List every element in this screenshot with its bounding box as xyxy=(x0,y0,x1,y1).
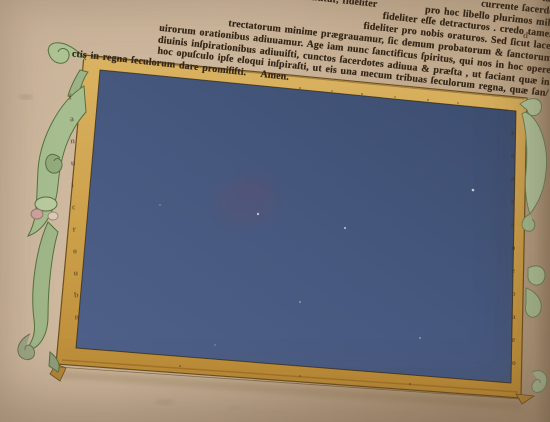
show-through-letter: n xyxy=(74,312,79,321)
manuscript-photo: late nolunt, an fideliter currente ſacer… xyxy=(0,0,550,422)
show-through-letter: u xyxy=(73,268,78,277)
show-through-letter: u xyxy=(71,158,76,167)
show-through-letter: o xyxy=(511,174,515,183)
show-through-letter: a xyxy=(69,114,74,123)
blue-panel xyxy=(76,70,516,383)
marginal-mark: d xyxy=(522,30,528,40)
show-through-letter: n xyxy=(70,136,75,145)
show-through-letter: o xyxy=(73,246,78,255)
show-through-letter: e xyxy=(512,335,516,344)
show-through-letter: e xyxy=(511,151,515,160)
show-through-letter: r xyxy=(72,224,76,233)
show-through-letter: o xyxy=(512,358,516,367)
show-through-letter: s xyxy=(511,220,514,229)
show-through-letter: ſ xyxy=(69,92,72,101)
show-through-letter: e xyxy=(511,266,515,275)
show-through-letter: z xyxy=(511,128,515,137)
show-through-letter: e xyxy=(511,197,515,206)
show-through-letter: o xyxy=(511,243,515,252)
show-through-letter: a xyxy=(512,312,516,321)
show-through-letter: o xyxy=(511,289,515,298)
show-through-letter: i xyxy=(71,180,74,189)
show-through-letter: b xyxy=(74,290,79,299)
show-through-letter: c xyxy=(72,202,76,211)
